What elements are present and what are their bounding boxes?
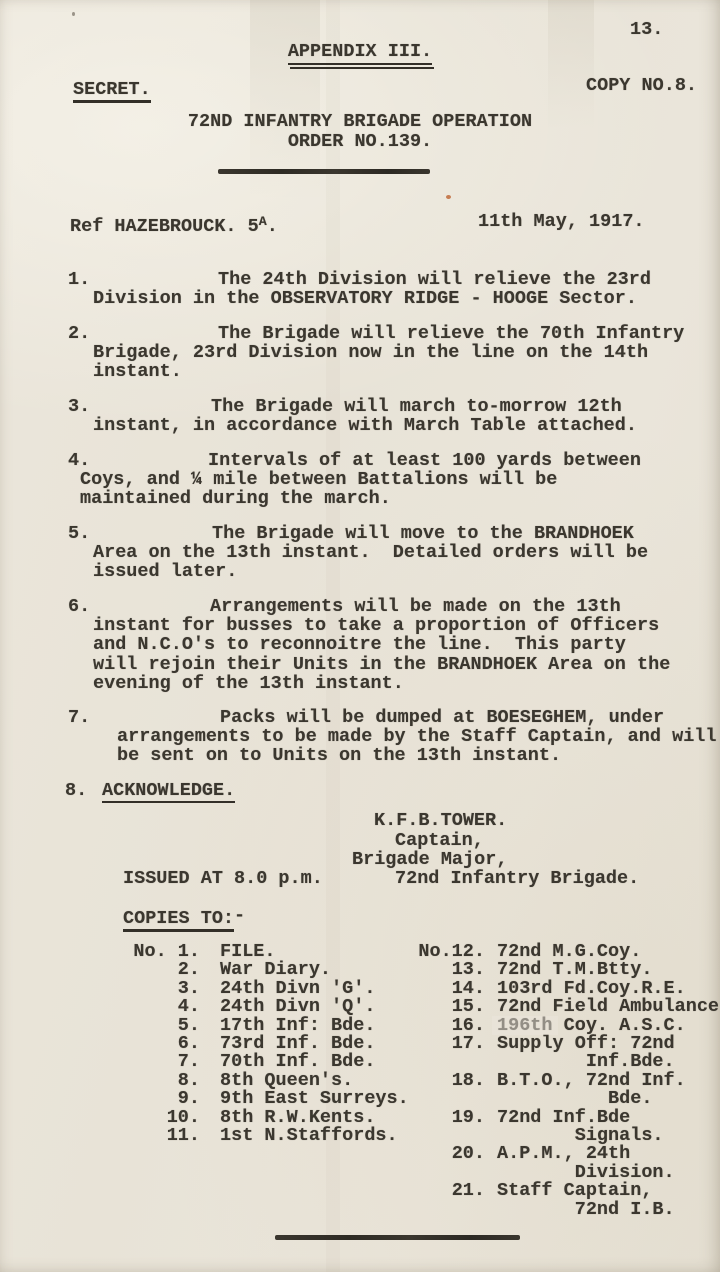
distribution-row: 19.72nd Inf.Bde Signals. — [418, 1109, 719, 1146]
paragraph-number: 4. — [68, 451, 90, 470]
paragraph-6: 6. Arrangements will be made on the 13th… — [0, 597, 720, 693]
order-date: 11th May, 1917. — [478, 212, 645, 231]
order-title-line1: 72ND INFANTRY BRIGADE OPERATION — [0, 112, 720, 132]
row-number: 9. — [133, 1090, 200, 1108]
row-recipient: 72nd Inf.Bde Signals. — [485, 1109, 664, 1146]
row-number: 15. — [418, 998, 485, 1016]
signature-unit: 72nd Infantry Brigade. — [395, 869, 639, 888]
distribution-row: 15.72nd Field Ambulance — [418, 998, 719, 1016]
reference: Ref HAZEBROUCK. 5A. — [70, 212, 278, 236]
paragraph-2: 2. The Brigade will relieve the 70th Inf… — [0, 324, 720, 382]
row-number: 17. — [418, 1035, 485, 1072]
row-number: 19. — [418, 1109, 485, 1146]
acknowledge-label: ACKNOWLEDGE. — [102, 781, 235, 803]
ink-speck — [72, 12, 75, 16]
paragraph-body: Packs will be dumped at BOESEGHEM, under… — [117, 708, 717, 766]
distribution-left-column: No. 1.FILE. 2.War Diary. 3.24th Divn 'G'… — [133, 943, 409, 1145]
row-recipient: 24th Divn 'Q'. — [200, 998, 375, 1016]
paragraph-number: 3. — [68, 397, 90, 416]
paragraph-body: The 24th Division will relieve the 23rd … — [93, 270, 651, 308]
paragraph-number: 6. — [68, 597, 90, 616]
paragraph-number: 1. — [68, 270, 90, 289]
paragraph-4: 4. Intervals of at least 100 yards betwe… — [0, 451, 720, 509]
distribution-row: 4.24th Divn 'Q'. — [133, 998, 409, 1016]
paragraph-number: 5. — [68, 524, 90, 543]
distribution-row: 11.1st N.Staffords. — [133, 1127, 409, 1145]
row-recipient: A.P.M., 24th Division. — [485, 1145, 675, 1182]
document-page: 13. APPENDIX III. SECRET. COPY NO.8. 72N… — [0, 0, 720, 1272]
paragraph-body: Intervals of at least 100 yards between … — [80, 451, 641, 509]
classification-label: SECRET. — [73, 80, 151, 103]
order-title: 72ND INFANTRY BRIGADE OPERATION ORDER NO… — [0, 112, 720, 152]
signature-rank: Captain, — [395, 831, 484, 850]
row-recipient: 9th East Surreys. — [200, 1090, 409, 1108]
classification: SECRET. — [73, 80, 151, 103]
paragraph-1: 1. The 24th Division will relieve the 23… — [0, 270, 720, 308]
signature-appointment: Brigade Major, — [352, 850, 507, 869]
row-recipient: Staff Captain, 72nd I.B. — [485, 1182, 675, 1219]
row-recipient: B.T.O., 72nd Inf. Bde. — [485, 1072, 686, 1109]
paragraph-8: 8. ACKNOWLEDGE. — [0, 781, 720, 803]
distribution-row: 9.9th East Surreys. — [133, 1090, 409, 1108]
paragraph-7: 7. Packs will be dumped at BOESEGHEM, un… — [0, 708, 720, 766]
paragraph-body: The Brigade will march to-morrow 12th in… — [93, 397, 637, 435]
issued-time: ISSUED AT 8.0 p.m. — [123, 869, 323, 888]
row-number: 11. — [133, 1127, 200, 1145]
copies-heading-label: COPIES TO: — [123, 909, 234, 932]
distribution-row: 20.A.P.M., 24th Division. — [418, 1145, 719, 1182]
distribution-row: 18.B.T.O., 72nd Inf. Bde. — [418, 1072, 719, 1109]
paragraph-number: 7. — [68, 708, 90, 727]
paragraph-body: The Brigade will relieve the 70th Infant… — [93, 324, 684, 382]
row-recipient: 1st N.Staffords. — [200, 1127, 398, 1145]
paragraph-body: Arrangements will be made on the 13th in… — [93, 597, 670, 693]
row-number: 18. — [418, 1072, 485, 1109]
copy-number: COPY NO.8. — [586, 76, 697, 95]
title-rule — [218, 169, 430, 174]
copies-heading: COPIES TO:- — [123, 906, 245, 932]
distribution-right-column: No.12.72nd M.G.Coy. 13.72nd T.M.Btty. 14… — [418, 943, 719, 1219]
distribution-row: 17.Supply Off: 72nd Inf.Bde. — [418, 1035, 719, 1072]
paragraph-5: 5. The Brigade will move to the BRANDHOE… — [0, 524, 720, 582]
reference-text: Ref HAZEBROUCK. 5 — [70, 216, 259, 237]
signature-name: K.F.B.TOWER. — [374, 811, 507, 830]
paragraph-number: 2. — [68, 324, 90, 343]
reference-period: . — [267, 216, 278, 237]
order-title-line2: ORDER NO.139. — [0, 132, 720, 152]
distribution-row: 21.Staff Captain, 72nd I.B. — [418, 1182, 719, 1219]
paragraph-number: 8. — [65, 781, 87, 800]
row-recipient: 72nd Field Ambulance — [485, 998, 719, 1016]
reference-superscript: A — [259, 214, 267, 229]
paragraph-3: 3. The Brigade will march to-morrow 12th… — [0, 397, 720, 435]
appendix-heading: APPENDIX III. — [0, 42, 720, 65]
row-number: 4. — [133, 998, 200, 1016]
copies-heading-dash: - — [234, 905, 245, 926]
row-number: 20. — [418, 1145, 485, 1182]
bottom-rule — [275, 1235, 520, 1240]
appendix-title: APPENDIX III. — [288, 42, 432, 65]
page-number: 13. — [630, 20, 663, 39]
row-number: 21. — [418, 1182, 485, 1219]
paragraph-body: The Brigade will move to the BRANDHOEK A… — [93, 524, 648, 582]
ink-speck — [446, 195, 451, 199]
row-recipient: Supply Off: 72nd Inf.Bde. — [485, 1035, 675, 1072]
